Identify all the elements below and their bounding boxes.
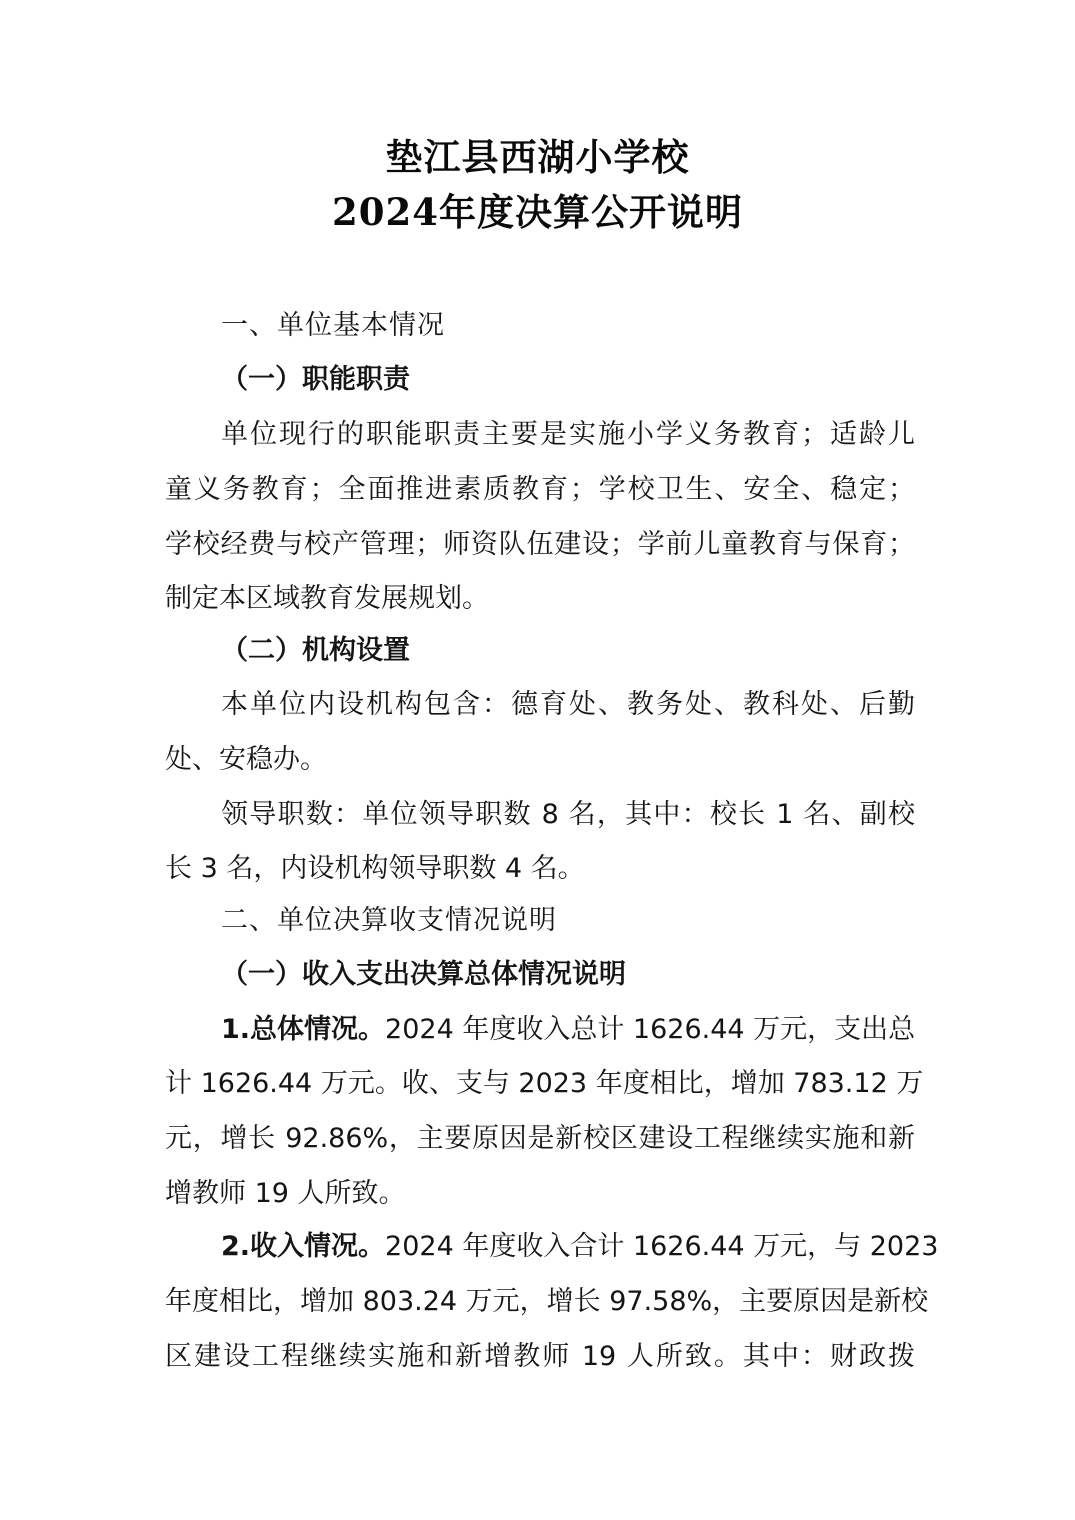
section1-sub2-heading: （二）机构设置 [221,633,915,669]
overall-paragraph-line: 计 1626.44 万元。收、支与 2023 年度相比，增加 783.12 万 [165,1066,915,1102]
overall-paragraph-line: 增教师 19 人所致。 [165,1176,915,1212]
duty-paragraph-line: 童义务教育；全面推进素质教育；学校卫生、安全、稳定； [165,472,915,508]
overall-paragraph-line: 1.总体情况。2024 年度收入总计 1626.44 万元，支出总 [221,1012,915,1048]
leader-paragraph-line: 长 3 名，内设机构领导职数 4 名。 [165,851,915,887]
income-lead: 2.收入情况。 [221,1231,385,1262]
document-title-line1: 垫江县西湖小学校 [0,135,1075,179]
duty-paragraph-line: 学校经费与校产管理；师资队伍建设；学前儿童教育与保育； [165,527,915,563]
section1-sub1-heading: （一）职能职责 [221,362,915,398]
income-paragraph-line: 年度相比，增加 803.24 万元，增长 97.58%，主要原因是新校 [165,1284,915,1320]
overall-first-line-text: 2024 年度收入总计 1626.44 万元，支出总 [385,1014,915,1045]
overall-paragraph-line: 元，增长 92.86%，主要原因是新校区建设工程继续实施和新 [165,1121,915,1157]
duty-paragraph-line: 制定本区域教育发展规划。 [165,581,915,617]
overall-lead: 1.总体情况。 [221,1014,385,1045]
org-paragraph-line: 处、安稳办。 [165,742,915,778]
document-title-line2: 2024年度决算公开说明 [0,190,1075,234]
section1-heading: 一、单位基本情况 [221,308,915,344]
income-paragraph-line: 2.收入情况。2024 年度收入合计 1626.44 万元，与 2023 [221,1229,915,1265]
org-paragraph-line: 本单位内设机构包含：德育处、教务处、教科处、后勤 [221,687,915,723]
section2-heading: 二、单位决算收支情况说明 [221,903,915,939]
leader-paragraph-line: 领导职数：单位领导职数 8 名，其中：校长 1 名、副校 [221,797,915,833]
income-paragraph-line: 区建设工程继续实施和新增教师 19 人所致。其中：财政拨 [165,1339,915,1375]
duty-paragraph-line: 单位现行的职能职责主要是实施小学义务教育；适龄儿 [221,417,915,453]
income-first-line-text: 2024 年度收入合计 1626.44 万元，与 2023 [385,1231,938,1262]
document-page: 垫江县西湖小学校 2024年度决算公开说明 一、单位基本情况 （一）职能职责 单… [0,0,1075,1520]
section2-sub1-heading: （一）收入支出决算总体情况说明 [221,957,915,993]
